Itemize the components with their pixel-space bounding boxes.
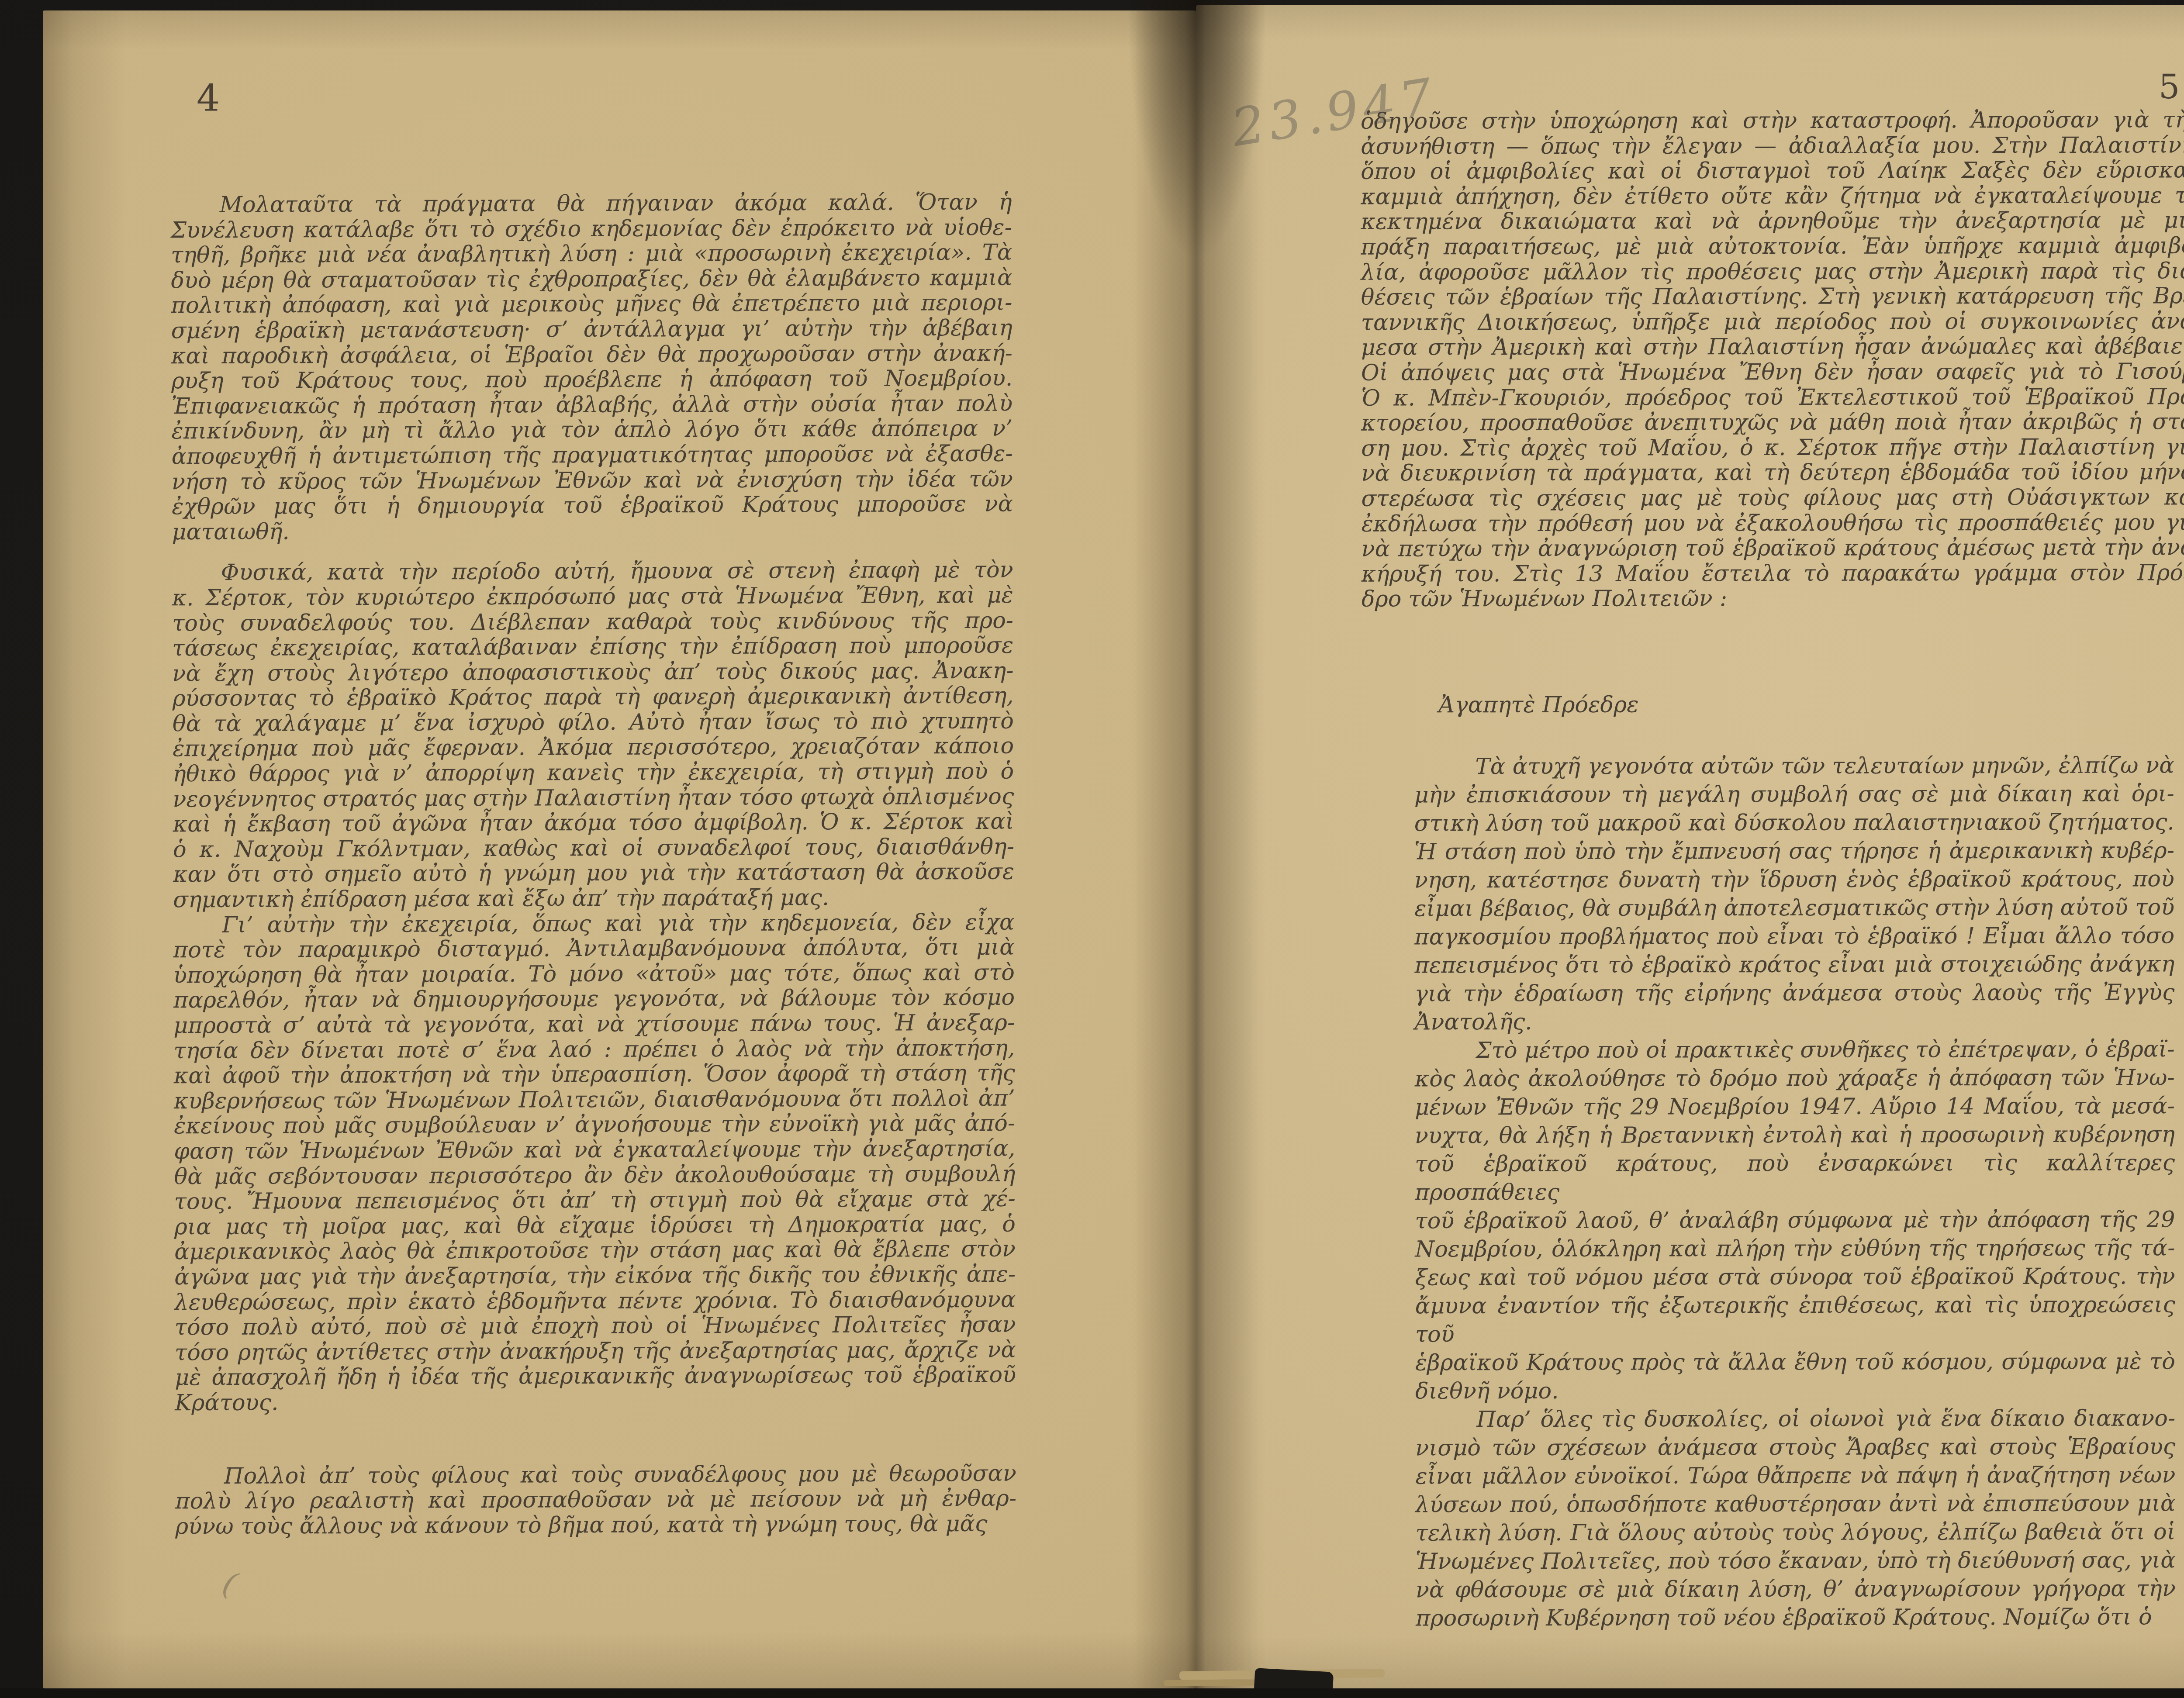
text-line: σημαντικὴ ἐπίδραση μέσα καὶ ἔξω ἀπ’ τὴν … [173,885,1014,913]
text-line: Κράτους. [175,1388,1016,1416]
text-line: ρυξη τοῦ Κράτους τους, ποὺ προέβλεπε ἡ ἀ… [171,366,1013,394]
text-line: ὅπου οἱ ἀμφιβολίες καὶ οἱ δισταγμοὶ τοῦ … [1361,158,2184,185]
letter-paragraph: Στὸ μέτρο ποὺ οἱ πρακτικὲς συνθῆκες τὸ ἐ… [1415,1035,2175,1406]
text-line: ἑβραϊκοῦ Κράτους πρὸς τὰ ἄλλα ἔθνη τοῦ κ… [1415,1348,2175,1377]
text-line: παρελθόν, ἦταν νὰ δημιουργήσουμε γεγονότ… [173,985,1015,1013]
text-line: στικὴ λύση τοῦ μακροῦ καὶ δύσκολου παλαι… [1414,808,2174,838]
paragraph: Γι’ αὐτὴν τὴν ἐκεχειρία, ὅπως καὶ γιὰ τὴ… [173,910,1016,1416]
text-line: μένων Ἐθνῶν τῆς 29 Νοεμβρίου 1947. Αὔριο… [1415,1092,2175,1122]
text-line: τοῦ ἑβραϊκοῦ κράτους, ποὺ ἐνσαρκώνει τὶς… [1415,1149,2175,1207]
book-spread-photo: 4 Μολαταῦτα τὰ πράγματα θὰ πήγαιναν ἀκόμ… [0,0,2184,1698]
text-line: ἀσυνήθιστη — ὅπως τὴν ἔλεγαν — ἀδιαλλαξί… [1361,133,2184,159]
text-line: ποτὲ τὸν παραμικρὸ δισταγμό. Ἀντιλαμβανό… [173,935,1015,963]
text-line: ὁδηγοῦσε στὴν ὑποχώρηση καὶ στὴν καταστρ… [1361,107,2184,134]
pencil-mark: ( [218,1564,242,1603]
text-line: νὰ διευκρινίση τὰ πράγματα, καὶ τὴ δεύτε… [1361,460,2184,487]
paragraph-lines: Μολαταῦτα τὰ πράγματα θὰ πήγαιναν ἀκόμα … [171,190,1013,545]
text-line: λία, ἀφοροῦσε μᾶλλον τὶς προθέσεις μας σ… [1361,259,2184,285]
paragraph-lines: Παρ’ ὅλες τὶς δυσκολίες, οἱ οἰωνοὶ γιὰ ἕ… [1415,1405,2176,1633]
text-line: ἄμυνα ἐναντίον τῆς ἐξωτερικῆς ἐπιθέσεως,… [1415,1291,2175,1349]
text-line: νεογέννητος στρατός μας στὴν Παλαιστίνη … [173,784,1014,812]
text-line: τοὺς συναδελφούς του. Διέβλεπαν καθαρὰ τ… [172,608,1013,636]
text-line: καμμιὰ ἀπήχηση, δὲν ἐτίθετο οὔτε κἂν ζήτ… [1361,183,2184,210]
paragraph-lines: Πολλοὶ ἀπ’ τοὺς φίλους καὶ τοὺς συναδέλφ… [175,1461,1017,1539]
text-line: κεκτημένα δικαιώματα καὶ νὰ ἀρνηθοῦμε τὴ… [1361,208,2184,235]
text-line: Πολλοὶ ἀπ’ τοὺς φίλους καὶ τοὺς συναδέλφ… [175,1461,1016,1489]
text-line: Ὁ κ. Μπὲν-Γκουριόν, πρόεδρος τοῦ Ἐκτελεσ… [1361,384,2184,411]
page-left: 4 Μολαταῦτα τὰ πράγματα θὰ πήγαιναν ἀκόμ… [43,10,1196,1688]
text-line: τοῦ ἑβραϊκοῦ λαοῦ, θ’ ἀναλάβη σύμφωνα μὲ… [1415,1206,2175,1236]
paragraph-lines: Στὸ μέτρο ποὺ οἱ πρακτικὲς συνθῆκες τὸ ἐ… [1415,1035,2175,1406]
text-line: πολὺ λίγο ρεαλιστὴ καὶ προσπαθοῦσαν νὰ μ… [175,1486,1016,1514]
text-line: τους. Ἤμουνα πεπεισμένος ὅτι ἀπ’ τὴ στιγ… [174,1187,1016,1215]
text-line: ὁ κ. Ναχοὺμ Γκόλντμαν, καθὼς καὶ οἱ συνα… [173,834,1014,862]
text-line: ἀμερικανικὸς λαὸς θὰ ἐπικροτοῦσε τὴν στά… [174,1237,1016,1265]
text-line: ἐπιχείρημα ποὺ μᾶς ἔφερναν. Ἀκόμα περισσ… [173,734,1014,762]
paragraph: ὁδηγοῦσε στὴν ὑποχώρηση καὶ στὴν καταστρ… [1361,107,2184,612]
text-line: φαση τῶν Ἡνωμένων Ἐθνῶν καὶ νὰ ἐγκαταλεί… [174,1136,1015,1164]
paragraph-lines: Φυσικά, κατὰ τὴν περίοδο αὐτή, ἤμουνα σὲ… [172,558,1015,913]
text-line: ρύνω τοὺς ἄλλους νὰ κάνουν τὸ βῆμα πού, … [175,1511,1016,1539]
text-line: νήση τὸ κῦρος τῶν Ἡνωμένων Ἐθνῶν καὶ νὰ … [172,466,1013,494]
text-line: μὴν ἐπισκιάσουν τὴ μεγάλη συμβολή σας σὲ… [1414,780,2174,810]
text-line: εἶναι μᾶλλον εὐνοϊκοί. Τώρα θἄπρεπε νὰ π… [1415,1461,2175,1491]
text-line: ἐκδήλωσα τὴν πρόθεσή μου νὰ ἐξακολουθήσω… [1362,510,2184,537]
text-line: γιὰ τὴν ἑδραίωση τῆς εἰρήνης ἀνάμεσα στο… [1414,979,2174,1008]
text-line: τόσο ρητῶς ἀντίθετες στὴν ἀνακήρυξη τῆς … [175,1337,1016,1365]
text-line: Ἡνωμένες Πολιτεῖες, ποὺ τόσο ἔκαναν, ὑπὸ… [1416,1546,2176,1576]
text-line: πράξη παραιτήσεως, μὲ μιὰ αὐτοκτονία. Ἐὰ… [1361,233,2184,260]
text-line: πεπεισμένος ὅτι τὸ ἑβραϊκὸ κράτος εἶναι … [1414,950,2174,980]
text-line: Μολαταῦτα τὰ πράγματα θὰ πήγαιναν ἀκόμα … [171,190,1012,218]
text-line: λύσεων πού, ὁπωσδήποτε καθυστέρησαν ἀντὶ… [1415,1490,2175,1519]
text-line: Φυσικά, κατὰ τὴν περίοδο αὐτή, ἤμουνα σὲ… [172,558,1013,586]
text-line: καὶ ἀφοῦ τὴν ἀποκτήση νὰ τὴν ὑπερασπίση.… [174,1061,1015,1089]
text-line: μὲ ἀπασχολῆ ἤδη ἡ ἰδέα τῆς ἀμερικανικῆς … [175,1363,1016,1391]
text-line: καὶ ἡ ἔκβαση τοῦ ἀγῶνα ἦταν ἀκόμα τόσο ἀ… [173,809,1014,837]
text-line: Συνέλευση κατάλαβε ὅτι τὸ σχέδιο κηδεμον… [171,215,1012,243]
paragraph: Πολλοὶ ἀπ’ τοὺς φίλους καὶ τοὺς συναδέλφ… [175,1461,1017,1539]
text-line: Τὰ ἀτυχῆ γεγονότα αὐτῶν τῶν τελευταίων μ… [1414,752,2174,781]
text-line: κυβερνήσεως τῶν Ἡνωμένων Πολιτειῶν, διαι… [174,1086,1015,1114]
page-number-left: 4 [197,77,221,120]
text-line: νυχτα, θὰ λήξη ἡ Βρεταννικὴ ἐντολὴ καὶ ἡ… [1415,1121,2175,1150]
text-line: Νοεμβρίου, ὁλόκληρη καὶ πλήρη τὴν εὐθύνη… [1415,1234,2175,1264]
text-line: κτορείου, προσπαθοῦσε ἀνεπιτυχῶς νὰ μάθη… [1361,409,2184,436]
text-line: Στὸ μέτρο ποὺ οἱ πρακτικὲς συνθῆκες τὸ ἐ… [1415,1035,2175,1065]
paragraph: Φυσικά, κατὰ τὴν περίοδο αὐτή, ἤμουνα σὲ… [172,558,1015,913]
letter-paragraph: Παρ’ ὅλες τὶς δυσκολίες, οἱ οἰωνοὶ γιὰ ἕ… [1415,1405,2176,1633]
page-right: 23.947 5 ὁδηγοῦσε στὴν ὑποχώρηση καὶ στὴ… [1196,5,2184,1689]
text-line: τησία δὲν δίνεται ποτὲ σ’ ἕνα λαό : πρέπ… [173,1035,1015,1063]
text-line: Ἀνατολῆς. [1415,1007,2175,1037]
text-line: Ἡ στάση ποὺ ὑπὸ τὴν ἔμπνευσή σας τήρησε … [1414,837,2174,866]
text-line: πολιτικὴ ἀπόφαση, καὶ γιὰ μερικοὺς μῆνες… [171,290,1012,318]
text-line: ση μου. Στὶς ἀρχὲς τοῦ Μαΐου, ὁ κ. Σέρτο… [1361,435,2184,461]
text-line: Ἐπιφανειακῶς ἡ πρόταση ἦταν ἀβλαβής, ἀλλ… [171,391,1013,419]
text-line: κ. Σέρτοκ, τὸν κυριώτερο ἐκπρόσωπό μας σ… [172,583,1013,611]
text-line: ἀποφευχθῆ ἡ ἀντιμετώπιση τῆς πραγματικότ… [172,442,1013,469]
text-line: εἶμαι βέβαιος, θὰ συμβάλη ἀποτελεσματικῶ… [1414,894,2174,923]
text-line: θὰ τὰ χαλάγαμε μ’ ἕνα ἰσχυρὸ φίλο. Αὐτὸ … [173,709,1014,737]
text-line: ἐκείνους ποὺ μᾶς συμβούλευαν ν’ ἀγνοήσου… [174,1111,1015,1139]
letter-paragraph: Τὰ ἀτυχῆ γεγονότα αὐτῶν τῶν τελευταίων μ… [1414,752,2175,1037]
text-line: ἐπικίνδυνη, ἂν μὴ τὶ ἄλλο γιὰ τὸν ἁπλὸ λ… [171,416,1013,444]
text-line: καν ὅτι στὸ σημεῖο αὐτὸ ἡ γνώμη μου γιὰ … [173,859,1014,887]
text-line: ταννικῆς Διοικήσεως, ὑπῆρξε μιὰ περίοδος… [1361,309,2184,335]
text-line: τελικὴ λύση. Γιὰ ὅλους αὐτοὺς τοὺς λόγου… [1416,1518,2176,1548]
paragraph-lines: ὁδηγοῦσε στὴν ὑποχώρηση καὶ στὴν καταστρ… [1361,107,2184,612]
text-line: διεθνῆ νόμο. [1415,1376,2175,1406]
right-page-text: ὁδηγοῦσε στὴν ὑποχώρηση καὶ στὴν καταστρ… [1361,107,2184,1633]
text-line: νισμὸ τῶν σχέσεων ἀνάμεσα στοὺς Ἄραβες κ… [1415,1433,2175,1463]
text-line: καὶ παροδικὴ ἀσφάλεια, οἱ Ἑβραῖοι δὲν θὰ… [171,341,1013,369]
text-line: νὰ ἔχη στοὺς λιγότερο ἀποφασιστικοὺς ἀπ’… [172,658,1013,686]
text-line: μεσα στὴν Ἀμερικὴ καὶ στὴν Παλαιστίνη ἦσ… [1361,334,2184,361]
text-line: στερέωσα τὶς σχέσεις μας μὲ τοὺς φίλους … [1361,485,2184,511]
text-line: Οἱ ἀπόψεις μας στὰ Ἡνωμένα Ἔθνη δὲν ἦσαν… [1361,359,2184,386]
text-line: τόσο πολὺ αὐτό, ποὺ σὲ μιὰ ἐποχὴ ποὺ οἱ … [175,1312,1016,1340]
scan-background [0,1688,2184,1698]
text-line: Γι’ αὐτὴν τὴν ἐκεχειρία, ὅπως καὶ γιὰ τὴ… [173,910,1014,938]
text-line: θέσεις τῶν ἑβραίων τῆς Παλαιστίνης. Στὴ … [1361,283,2184,310]
text-line: ἐχθρῶν μας ὅτι ἡ δημιουργία τοῦ ἑβραϊκοῦ… [172,492,1013,520]
paragraph-lines: Τὰ ἀτυχῆ γεγονότα αὐτῶν τῶν τελευταίων μ… [1414,752,2175,1037]
right-page-body: ὁδηγοῦσε στὴν ὑποχώρηση καὶ στὴν καταστρ… [1361,107,2184,612]
text-line: Παρ’ ὅλες τὶς δυσκολίες, οἱ οἰωνοὶ γιὰ ἕ… [1415,1405,2175,1434]
text-line: κὸς λαὸς ἀκολούθησε τὸ δρόμο ποὺ χάραξε … [1415,1064,2175,1094]
text-line: κήρυξή του. Στὶς 13 Μαΐου ἔστειλα τὸ παρ… [1362,560,2184,587]
text-line: ὑποχώρηση θὰ ἦταν μοιραία. Τὸ μόνο «ἀτοῦ… [173,960,1015,988]
text-line: τάσεως ἐκεχειρίας, καταλάβαιναν ἐπίσης τ… [172,633,1013,661]
text-line: θὰ μᾶς σεβόντουσαν περισσότερο ἂν δὲν ἀκ… [174,1161,1015,1189]
letter-block: Τὰ ἀτυχῆ γεγονότα αὐτῶν τῶν τελευταίων μ… [1414,752,2176,1633]
paragraph: Μολαταῦτα τὰ πράγματα θὰ πήγαιναν ἀκόμα … [171,190,1013,545]
text-line: ματαιωθῆ. [172,517,1013,545]
text-line: τηθῆ, βρῆκε μιὰ νέα ἀναβλητικὴ λύση : μι… [171,240,1012,268]
text-line: δυὸ μέρη θὰ σταματοῦσαν τὶς ἐχθροπραξίες… [171,265,1012,293]
text-line: προσωρινὴ Κυβέρνηση τοῦ νέου ἑβραϊκοῦ Κρ… [1416,1603,2176,1633]
left-page-text: Μολαταῦτα τὰ πράγματα θὰ πήγαιναν ἀκόμα … [171,190,1017,1539]
text-line: ρύσσοντας τὸ ἑβραϊκὸ Κράτος παρὰ τὴ φανε… [173,683,1014,711]
page-number-right: 5 [2159,67,2180,106]
text-line: σμένη ἑβραϊκὴ μετανάστευση· σ’ ἀντάλλαγμ… [171,316,1013,344]
letter-salutation: Ἀγαπητὲ Πρόεδρε [1438,691,2184,718]
text-line: νηση, κατέστησε δυνατὴ τὴν ἵδρυση ἑνὸς ἑ… [1414,865,2174,895]
text-line: λευθερώσεως, πρὶν ἑκατὸ ἑβδομῆντα πέντε … [174,1287,1016,1315]
text-line: ἀγῶνα μας γιὰ τὴν ἀνεξαρτησία, τὴν εἰκόν… [174,1262,1016,1290]
text-line: μπροστὰ σ’ αὐτὰ τὰ γεγονότα, καὶ νὰ χτίσ… [173,1011,1015,1039]
text-line: ἠθικὸ θάρρος γιὰ ν’ ἀπορρίψη κανεὶς τὴν … [173,759,1014,787]
text-line: παγκοσμίου προβλήματος ποὺ εἶναι τὸ ἑβρα… [1414,922,2174,952]
text-line: νὰ πετύχω τὴν ἀναγνώριση τοῦ ἑβραϊκοῦ κρ… [1362,535,2184,562]
text-line: ξεως καὶ τοῦ νόμου μέσα στὰ σύνορα τοῦ ἑ… [1415,1263,2175,1292]
text-line: δρο τῶν Ἡνωμένων Πολιτειῶν : [1362,586,2184,612]
text-line: νὰ φθάσουμε σὲ μιὰ δίκαιη λύση, θ’ ἀναγν… [1416,1575,2176,1605]
paragraph-lines: Γι’ αὐτὴν τὴν ἐκεχειρία, ὅπως καὶ γιὰ τὴ… [173,910,1016,1416]
text-line: ρια μας τὴ μοῖρα μας, καὶ θὰ εἴχαμε ἱδρύ… [174,1211,1016,1239]
